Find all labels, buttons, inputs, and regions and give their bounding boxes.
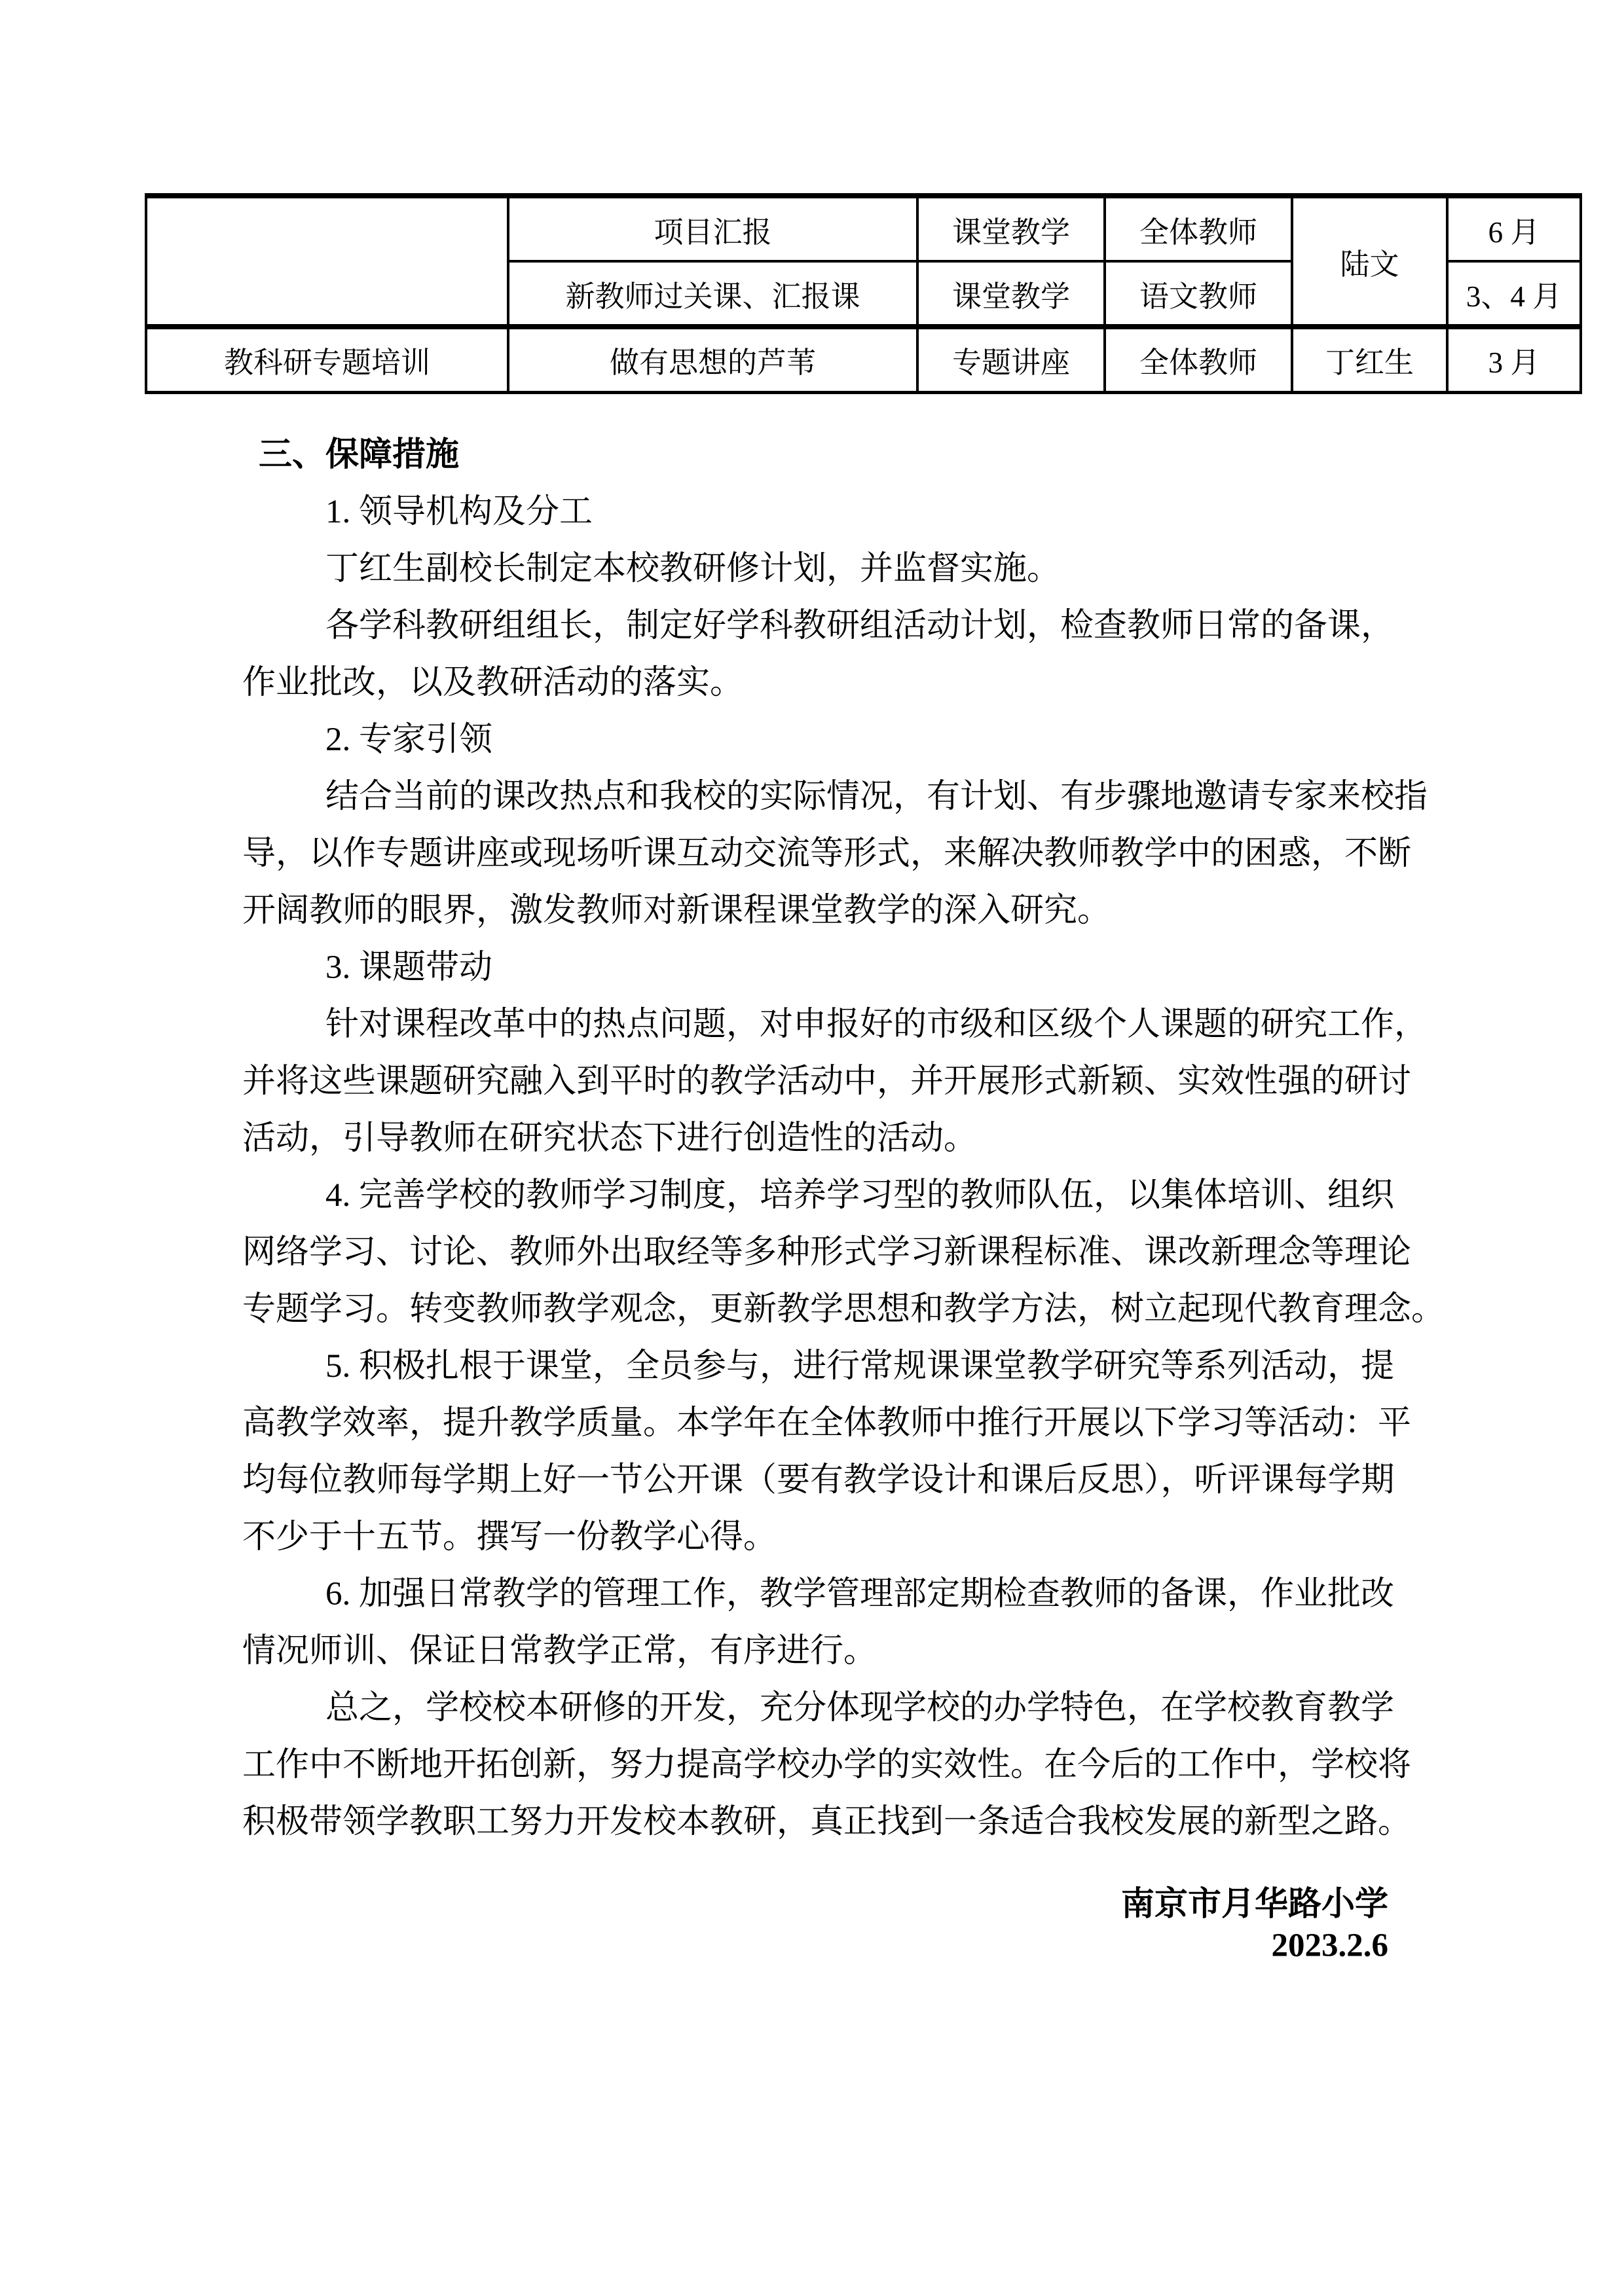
table-cell-target: 全体教师 — [1105, 196, 1292, 261]
signature-block: 南京市月华路小学 2023.2.6 — [1121, 1884, 1388, 1967]
signature-school: 南京市月华路小学 — [1121, 1884, 1388, 1925]
body-line: 积极带领学教职工努力开发校本教研，真正找到一条适合我校发展的新型之路。 — [242, 1794, 1414, 1851]
table-cell-activity: 新教师过关课、汇报课 — [508, 261, 917, 327]
table-cell-month: 3、4 月 — [1447, 261, 1581, 327]
body-line: 3. 课题带动 — [242, 939, 1414, 996]
body-line: 开阔教师的眼界，激发教师对新课程课堂教学的深入研究。 — [242, 883, 1414, 939]
table-cell-leader: 丁红生 — [1292, 327, 1447, 392]
table-cell-activity: 项目汇报 — [508, 196, 917, 261]
body-line: 活动，引导教师在研究状态下进行创造性的活动。 — [242, 1110, 1414, 1167]
body-line: 网络学习、讨论、教师外出取经等多种形式学习新课程标准、课改新理念等理论 — [242, 1224, 1414, 1281]
table-cell-category-merged — [146, 196, 508, 327]
table-cell-activity: 做有思想的芦苇 — [508, 327, 917, 392]
table-cell-form: 课堂教学 — [917, 261, 1105, 327]
table-cell-target: 全体教师 — [1105, 327, 1292, 392]
table-row: 教科研专题培训 做有思想的芦苇 专题讲座 全体教师 丁红生 3 月 — [146, 327, 1581, 392]
body-line: 作业批改，以及教研活动的落实。 — [242, 655, 1414, 712]
body-line: 总之，学校校本研修的开发，充分体现学校的办学特色，在学校教育教学 — [242, 1680, 1414, 1737]
body-text: 三、保障措施 1. 领导机构及分工 丁红生副校长制定本校教研修计划，并监督实施。… — [242, 427, 1414, 1851]
body-line: 丁红生副校长制定本校教研修计划，并监督实施。 — [242, 541, 1414, 598]
body-line: 均每位教师每学期上好一节公开课（要有教学设计和课后反思），听评课每学期 — [242, 1452, 1414, 1509]
body-line: 导，以作专题讲座或现场听课互动交流等形式，来解决教师教学中的困惑，不断 — [242, 826, 1414, 883]
body-line: 各学科教研组组长，制定好学科教研组活动计划，检查教师日常的备课， — [242, 598, 1414, 655]
training-plan-table: 项目汇报 课堂教学 全体教师 陆文 6 月 新教师过关课、汇报课 课堂教学 语文… — [145, 193, 1582, 394]
table-cell-month: 6 月 — [1447, 196, 1581, 261]
table-cell-month: 3 月 — [1447, 327, 1581, 392]
body-line: 结合当前的课改热点和我校的实际情况，有计划、有步骤地邀请专家来校指 — [242, 769, 1414, 826]
body-line: 情况师训、保证日常教学正常，有序进行。 — [242, 1623, 1414, 1680]
body-line: 1. 领导机构及分工 — [242, 484, 1414, 541]
body-line: 2. 专家引领 — [242, 712, 1414, 769]
body-line: 高教学效率，提升教学质量。本学年在全体教师中推行开展以下学习等活动：平 — [242, 1395, 1414, 1452]
section-heading: 三、保障措施 — [242, 427, 1414, 484]
body-line: 不少于十五节。撰写一份教学心得。 — [242, 1509, 1414, 1566]
body-line: 工作中不断地开拓创新，努力提高学校办学的实效性。在今后的工作中，学校将 — [242, 1737, 1414, 1794]
table-cell-category: 教科研专题培训 — [146, 327, 508, 392]
table-cell-form: 专题讲座 — [917, 327, 1105, 392]
body-line: 专题学习。转变教师教学观念，更新教学思想和教学方法，树立起现代教育理念。 — [242, 1281, 1414, 1338]
body-line: 6. 加强日常教学的管理工作，教学管理部定期检查教师的备课，作业批改 — [242, 1566, 1414, 1623]
body-line: 并将这些课题研究融入到平时的教学活动中，并开展形式新颖、实效性强的研讨 — [242, 1053, 1414, 1110]
body-line: 针对课程改革中的热点问题，对申报好的市级和区级个人课题的研究工作， — [242, 996, 1414, 1053]
body-line: 4. 完善学校的教师学习制度，培养学习型的教师队伍，以集体培训、组织 — [242, 1167, 1414, 1224]
document-page: 项目汇报 课堂教学 全体教师 陆文 6 月 新教师过关课、汇报课 课堂教学 语文… — [0, 0, 1624, 2296]
table-cell-leader-merged: 陆文 — [1292, 196, 1447, 327]
table-row: 项目汇报 课堂教学 全体教师 陆文 6 月 — [146, 196, 1581, 261]
body-line: 5. 积极扎根于课堂，全员参与，进行常规课课堂教学研究等系列活动，提 — [242, 1338, 1414, 1395]
table-cell-form: 课堂教学 — [917, 196, 1105, 261]
table-cell-target: 语文教师 — [1105, 261, 1292, 327]
signature-date: 2023.2.6 — [1121, 1925, 1388, 1967]
